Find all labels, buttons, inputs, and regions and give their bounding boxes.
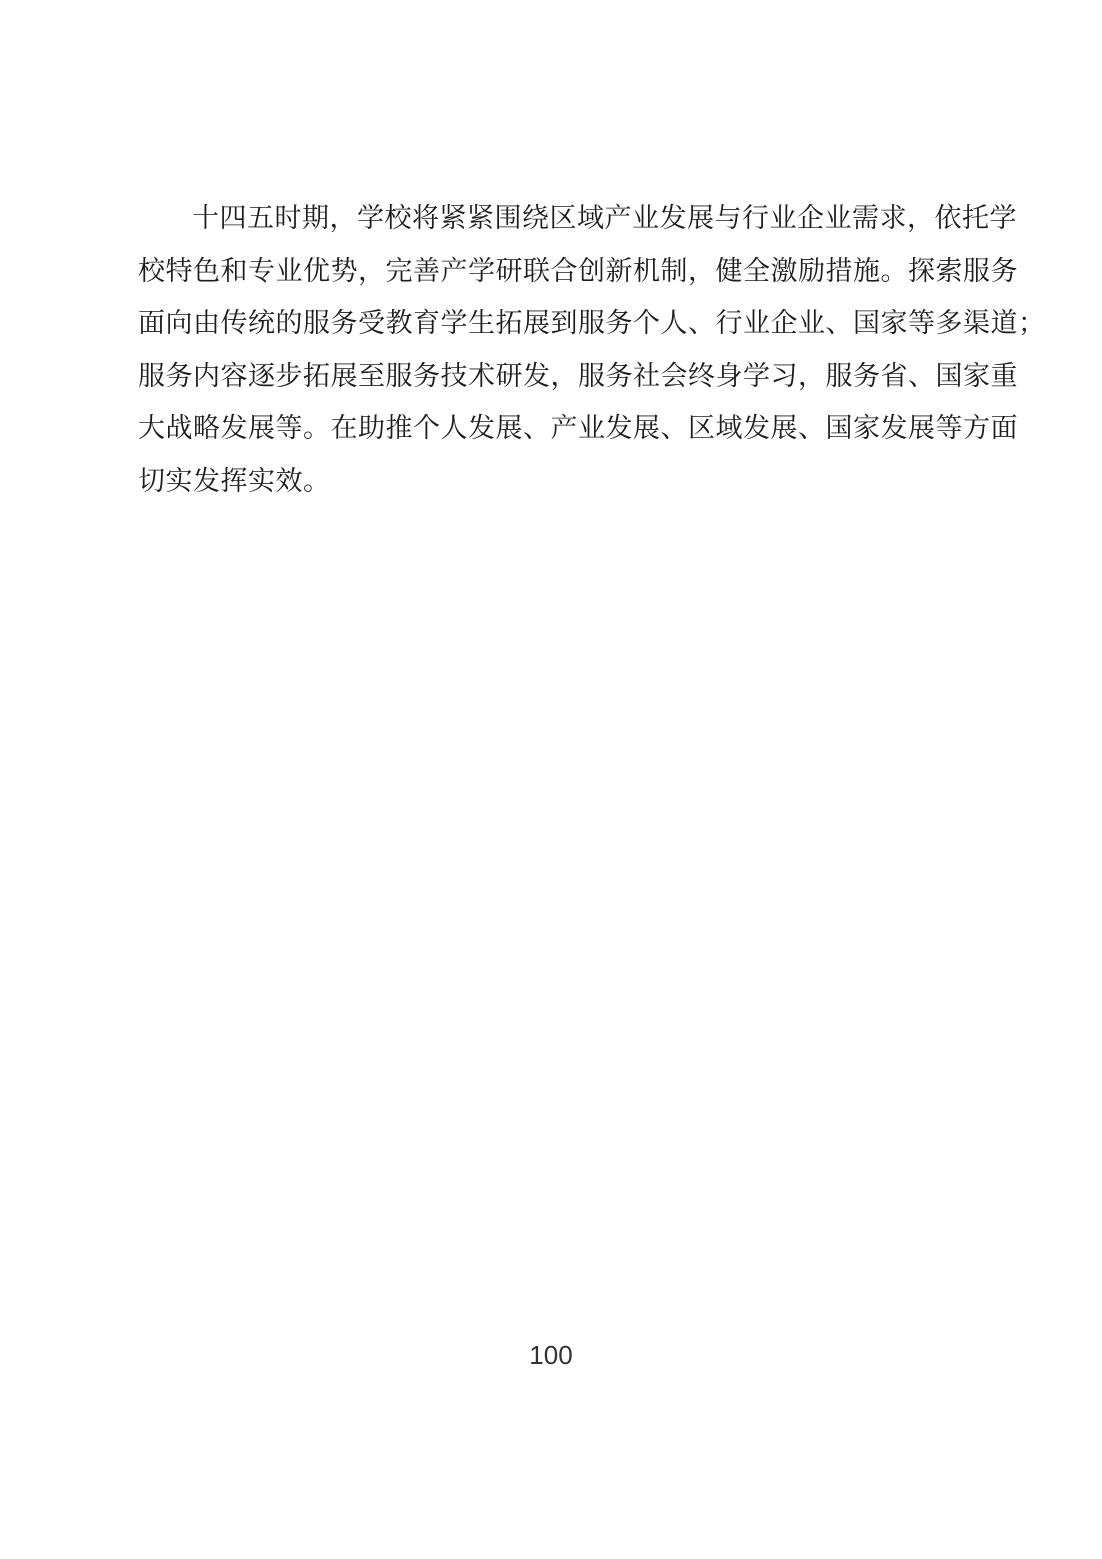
paragraph-line-1: 十四五时期，学校将紧紧围绕区域产业发展与行业企业需求，依托学 xyxy=(138,192,964,245)
paragraph-line-3: 面向由传统的服务受教育学生拓展到服务个人、行业企业、国家等多渠道； xyxy=(138,297,964,350)
paragraph: 十四五时期，学校将紧紧围绕区域产业发展与行业企业需求，依托学 校特色和专业优势，… xyxy=(138,192,964,507)
paragraph-line-5: 大战略发展等。在助推个人发展、产业发展、区域发展、国家发展等方面 xyxy=(138,402,964,455)
document-page: 十四五时期，学校将紧紧围绕区域产业发展与行业企业需求，依托学 校特色和专业优势，… xyxy=(0,0,1102,1559)
page-footer: 100 xyxy=(0,1340,1102,1371)
paragraph-line-6: 切实发挥实效。 xyxy=(138,455,964,508)
paragraph-line-4: 服务内容逐步拓展至服务技术研发，服务社会终身学习，服务省、国家重 xyxy=(138,350,964,403)
page-number: 100 xyxy=(529,1340,572,1371)
paragraph-line-2: 校特色和专业优势，完善产学研联合创新机制，健全激励措施。探索服务 xyxy=(138,245,964,298)
